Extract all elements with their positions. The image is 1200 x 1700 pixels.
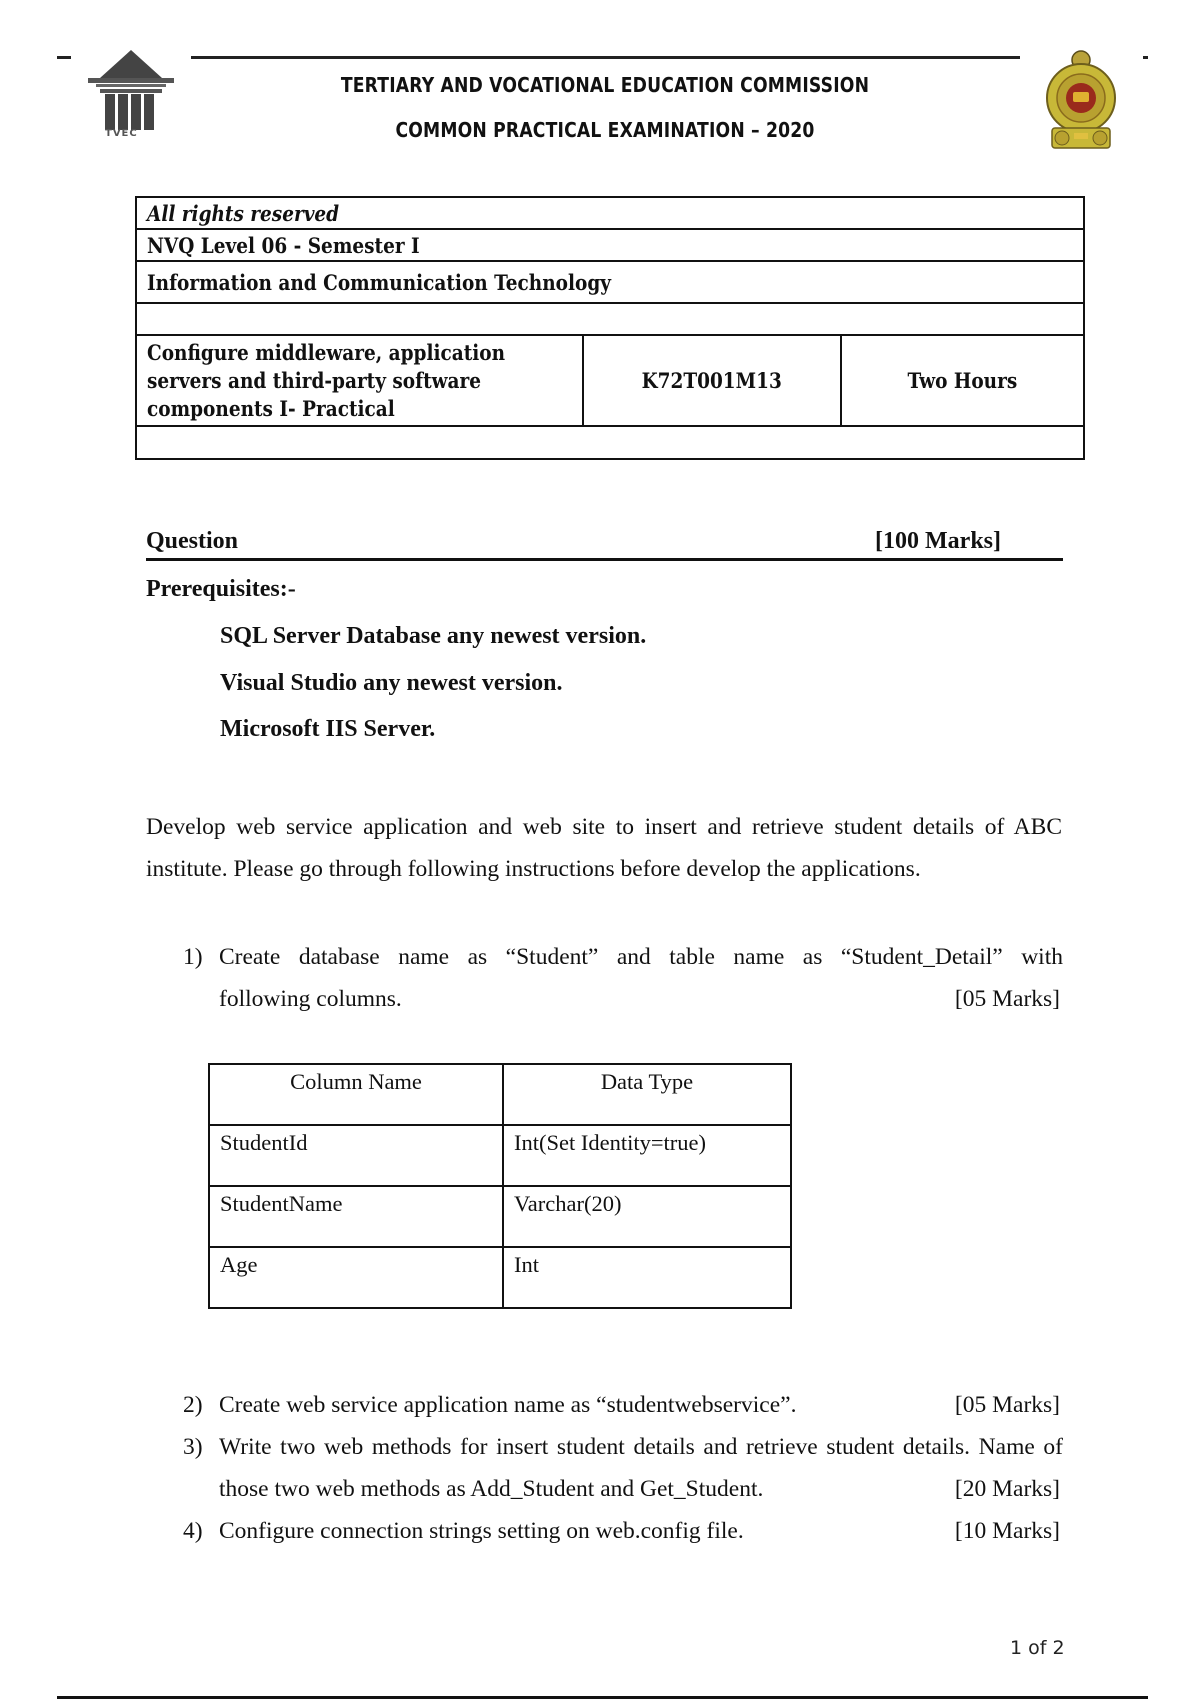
org-title: TERTIARY AND VOCATIONAL EDUCATION COMMIS… xyxy=(85,73,1126,97)
module-title-cell: Configure middleware, application server… xyxy=(136,335,583,426)
task-item-3: 3) Write two web methods for insert stud… xyxy=(183,1426,1063,1510)
task-number: 3) xyxy=(183,1426,203,1468)
task-number: 4) xyxy=(183,1510,203,1552)
column-header: Column Name xyxy=(209,1064,503,1125)
empty-row-bottom xyxy=(136,426,1084,459)
task-number: 1) xyxy=(183,936,203,978)
task-marks: [05 Marks] xyxy=(955,978,1060,1020)
task-number: 2) xyxy=(183,1384,203,1426)
table-row: StudentName Varchar(20) xyxy=(209,1186,791,1247)
prereq-item: Visual Studio any newest version. xyxy=(220,670,563,697)
table-header-row: Column Name Data Type xyxy=(209,1064,791,1125)
intro-paragraph: Develop web service application and web … xyxy=(146,806,1062,890)
prerequisites-label: Prerequisites:- xyxy=(146,576,296,603)
table-row: Age Int xyxy=(209,1247,791,1308)
task-item-4: 4) Configure connection strings setting … xyxy=(183,1510,1063,1552)
task-item-1: 1) Create database name as “Student” and… xyxy=(183,936,1063,1020)
task-item-2: 2) Create web service application name a… xyxy=(183,1384,1063,1426)
footer-rule xyxy=(57,1696,1148,1699)
header-dash-right xyxy=(1143,56,1148,59)
task-marks: [10 Marks] xyxy=(955,1510,1060,1552)
rights-cell: All rights reserved xyxy=(136,197,1084,229)
question-label: Question xyxy=(146,528,238,554)
table-row: StudentId Int(Set Identity=true) xyxy=(209,1125,791,1186)
total-marks: [100 Marks] xyxy=(875,528,1001,555)
duration-cell: Two Hours xyxy=(841,335,1084,426)
student-detail-columns-table: Column Name Data Type StudentId Int(Set … xyxy=(208,1063,792,1309)
task-marks: [05 Marks] xyxy=(955,1384,1060,1426)
prereq-item: SQL Server Database any newest version. xyxy=(220,623,646,650)
header-dash-left xyxy=(57,56,71,59)
empty-row xyxy=(136,303,1084,335)
question-heading: Question [100 Marks] xyxy=(146,528,1063,561)
exam-info-table: All rights reserved NVQ Level 06 - Semes… xyxy=(135,196,1085,460)
exam-title: COMMON PRACTICAL EXAMINATION – 2020 xyxy=(85,118,1126,142)
level-cell: NVQ Level 06 - Semester I xyxy=(136,229,1084,261)
module-code-cell: K72T001M13 xyxy=(583,335,841,426)
subject-cell: Information and Communication Technology xyxy=(136,261,1084,303)
sri-lanka-emblem-icon xyxy=(1044,48,1118,150)
column-header: Data Type xyxy=(503,1064,791,1125)
header-rule xyxy=(191,56,1020,59)
task-marks: [20 Marks] xyxy=(955,1468,1060,1510)
prereq-item: Microsoft IIS Server. xyxy=(220,716,435,743)
page-number: 1 of 2 xyxy=(1010,1637,1065,1659)
